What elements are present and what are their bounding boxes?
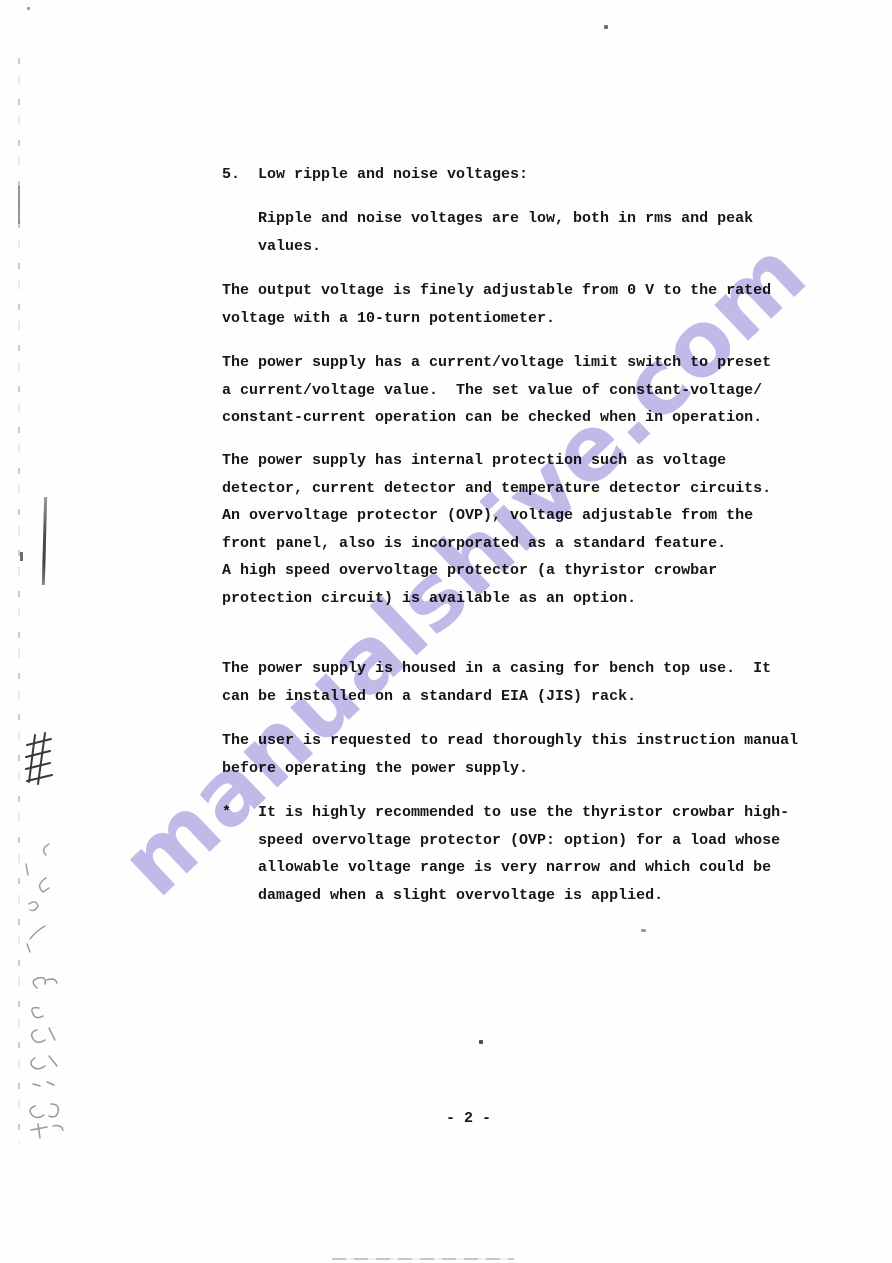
text-line: damaged when a slight overvoltage is app… <box>222 882 789 910</box>
scan-bottom-streak <box>332 1258 514 1260</box>
page-number: - 2 - <box>446 1110 491 1127</box>
margin-scribbles-lower <box>23 972 75 1140</box>
margin-pen-stroke <box>42 497 47 585</box>
paragraph: * It is highly recommended to use the th… <box>222 799 789 909</box>
scanned-manual-page: 5. Low ripple and noise voltages:Ripple … <box>0 0 892 1263</box>
text-line: The user is requested to read thoroughly… <box>222 727 798 755</box>
paragraph: The power supply has internal protection… <box>222 447 771 613</box>
text-line: allowable voltage range is very narrow a… <box>222 854 789 882</box>
dust-speck <box>27 7 30 10</box>
text-line: front panel, also is incorporated as a s… <box>222 530 771 558</box>
text-line: The power supply has a current/voltage l… <box>222 349 771 377</box>
text-line: protection circuit) is available as an o… <box>222 585 771 613</box>
scan-edge-dash <box>20 552 23 561</box>
text-line: 5. Low ripple and noise voltages: <box>222 161 528 189</box>
dust-speck <box>604 25 608 29</box>
text-line: constant-current operation can be checke… <box>222 404 771 432</box>
text-line: A high speed overvoltage protector (a th… <box>222 557 771 585</box>
paragraph: The power supply is housed in a casing f… <box>222 655 771 710</box>
margin-ladder-mark <box>25 732 55 786</box>
text-line: Ripple and noise voltages are low, both … <box>258 205 753 233</box>
text-line: detector, current detector and temperatu… <box>222 475 771 503</box>
text-line: speed overvoltage protector (OVP: option… <box>222 827 789 855</box>
dust-speck <box>479 1040 483 1044</box>
text-line: * It is highly recommended to use the th… <box>222 799 789 827</box>
text-line: An overvoltage protector (OVP), voltage … <box>222 502 771 530</box>
text-line: voltage with a 10-turn potentiometer. <box>222 305 771 333</box>
text-line: The power supply is housed in a casing f… <box>222 655 771 683</box>
text-line: can be installed on a standard EIA (JIS)… <box>222 683 771 711</box>
margin-scribbles-upper <box>19 838 63 956</box>
text-line: values. <box>258 233 753 261</box>
text-line: The output voltage is finely adjustable … <box>222 277 771 305</box>
paragraph: The power supply has a current/voltage l… <box>222 349 771 432</box>
paragraph: The output voltage is finely adjustable … <box>222 277 771 332</box>
text-line: before operating the power supply. <box>222 755 798 783</box>
paragraph: Ripple and noise voltages are low, both … <box>258 205 753 260</box>
dust-speck <box>641 929 646 932</box>
text-line: a current/voltage value. The set value o… <box>222 377 771 405</box>
paragraph: 5. Low ripple and noise voltages: <box>222 161 528 189</box>
text-line: The power supply has internal protection… <box>222 447 771 475</box>
scan-edge-dash <box>18 186 20 224</box>
paragraph: The user is requested to read thoroughly… <box>222 727 798 782</box>
